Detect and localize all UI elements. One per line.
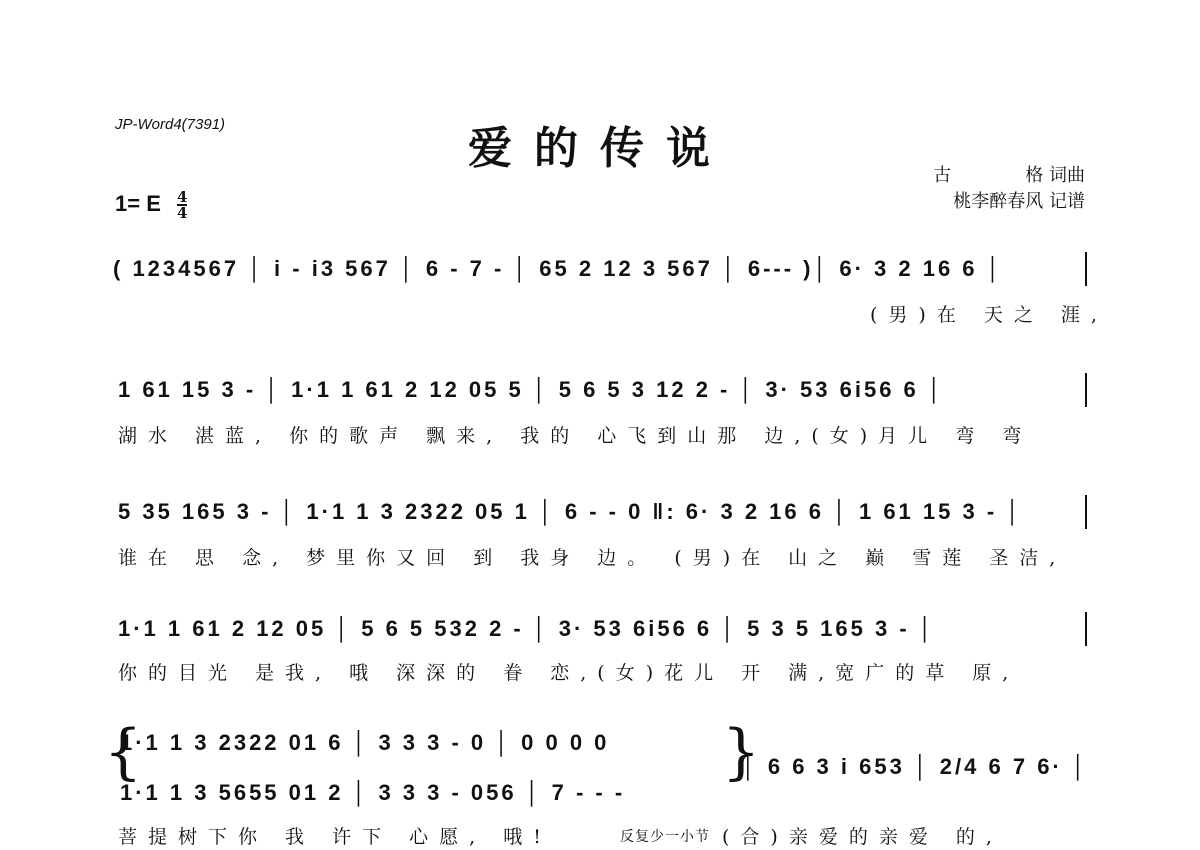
score-line-4-lyrics: 你的目光 是我, 哦 深深的 眷 恋,(女)花儿 开 满,宽广的草 原, <box>118 658 1019 685</box>
score-line-2-notes: 1 61 15 3 - │ 1·1 1 61 2 12 05 5 │ 5 6 5… <box>118 377 945 403</box>
score-line-5-upper-notes: 1·1 1 3 2322 01 6 │ 3 3 3 - 0 │ 0 0 0 0 <box>120 730 609 756</box>
transcriber-credit: 桃李醉春风 记谱 <box>933 189 1085 215</box>
key-label: 1= E <box>115 191 161 216</box>
lyricist-composer-credit: 古格 词曲 <box>933 163 1085 189</box>
score-line-1-lyrics: (男)在 天之 涯, <box>870 300 1108 327</box>
credit-role: 词曲 <box>1049 165 1085 186</box>
score-line-5-lyrics-tail: (合)亲爱的亲爱 的, <box>722 822 1003 849</box>
score-line-5-lower-notes: 1·1 1 3 5655 01 2 │ 3 3 3 - 056 │ 7 - - … <box>120 780 625 806</box>
transcriber-name: 桃李醉春风 <box>953 191 1043 212</box>
time-sig-bottom: 4 <box>177 206 187 220</box>
transcriber-role: 记谱 <box>1049 191 1085 212</box>
barline <box>1085 373 1087 407</box>
repeat-instruction: 反复少一小节 <box>620 824 710 846</box>
time-signature: 4 4 <box>177 190 187 220</box>
key-signature: 1= E 4 4 <box>115 190 187 220</box>
credits: 古格 词曲 桃李醉春风 记谱 <box>933 163 1085 215</box>
credit-name-1: 古 <box>933 165 951 186</box>
barline <box>1085 252 1087 286</box>
barline <box>1085 612 1087 646</box>
score-line-5-tail-notes: │ 6 6 3 i 653 │ 2/4 6 7 6· │ <box>742 754 1089 780</box>
score-line-2-lyrics: 湖水 湛蓝, 你的歌声 飘来, 我的 心飞到山那 边,(女)月儿 弯 弯 <box>118 421 1032 448</box>
score-line-3-lyrics: 谁在 思 念, 梦里你又回 到 我身 边。 (男)在 山之 巅 雪莲 圣洁, <box>118 543 1066 570</box>
score-line-1-notes: ( 1234567 │ i - i3 567 │ 6 - 7 - │ 65 2 … <box>113 256 1003 282</box>
barline <box>1085 495 1087 529</box>
credit-name-2: 格 <box>1025 165 1043 186</box>
score-line-4-notes: 1·1 1 61 2 12 05 │ 5 6 5 532 2 - │ 3· 53… <box>118 616 936 642</box>
score-line-5-lyrics: 菩提树下你 我 许下 心愿, 哦! <box>118 822 552 849</box>
score-line-3-notes: 5 35 165 3 - │ 1·1 1 3 2322 05 1 │ 6 - -… <box>118 499 1023 525</box>
